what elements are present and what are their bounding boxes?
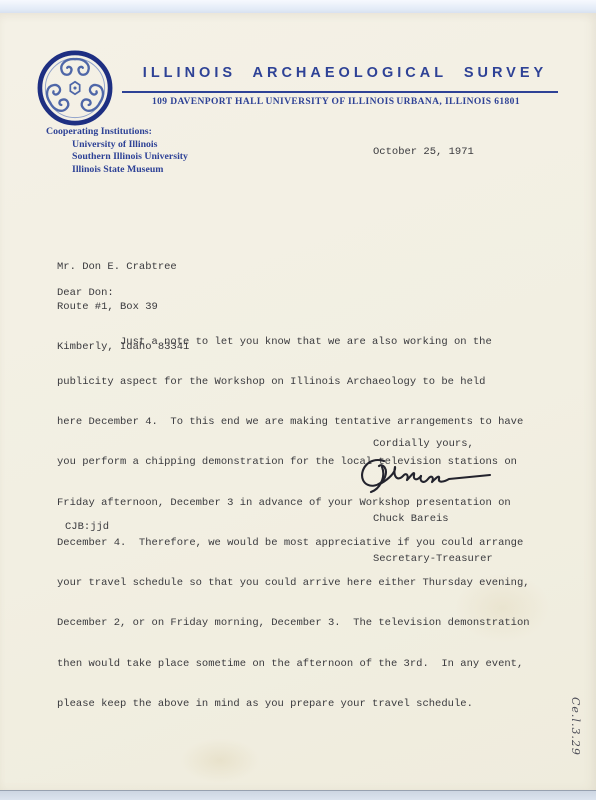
- archival-annotation: Ce.l.3.29: [569, 697, 582, 756]
- cooperating-institution: University of Illinois: [72, 139, 188, 152]
- cooperating-institution: Southern Illinois University: [72, 151, 188, 164]
- letter-paper: ILLINOIS ARCHAEOLOGICAL SURVEY 109 DAVEN…: [0, 13, 596, 790]
- letter-body-line: please keep the above in mind as you pre…: [57, 698, 530, 711]
- scan-bottom-edge: [0, 790, 596, 800]
- typist-reference: CJB:jjd: [65, 521, 109, 534]
- salutation: Dear Don:: [57, 287, 114, 300]
- closing-phrase: Cordially yours,: [373, 438, 474, 451]
- letterhead-address-row: 109 DAVENPORT HALL UNIVERSITY OF ILLINOI…: [152, 97, 520, 107]
- letter-body-line: publicity aspect for the Workshop on Ill…: [57, 376, 530, 389]
- signer-title: Secretary-Treasurer: [373, 553, 493, 566]
- cooperating-institution: Illinois State Museum: [72, 164, 188, 177]
- signature-block: Chuck Bareis Secretary-Treasurer: [373, 486, 493, 593]
- letter-body-line: Just a note to let you know that we are …: [57, 336, 530, 349]
- letterhead-title: ILLINOIS ARCHAEOLOGICAL SURVEY: [125, 65, 565, 81]
- letterhead-rule: [122, 91, 558, 93]
- scan-top-edge: [0, 0, 596, 14]
- letterhead-address-hall: 109 DAVENPORT HALL: [152, 97, 264, 107]
- letter-body-line: December 2, or on Friday morning, Decemb…: [57, 617, 530, 630]
- scanned-letter-page: ILLINOIS ARCHAEOLOGICAL SURVEY 109 DAVEN…: [0, 0, 596, 800]
- cooperating-institutions-label: Cooperating Institutions:: [46, 126, 188, 139]
- survey-seal-icon: [36, 49, 114, 127]
- letter-date: October 25, 1971: [373, 146, 474, 159]
- letterhead-address-university: UNIVERSITY OF ILLINOIS: [265, 97, 394, 107]
- recipient-name-line: Mr. Don E. Crabtree: [57, 261, 189, 274]
- signer-name: Chuck Bareis: [373, 513, 493, 526]
- letter-body-line: here December 4. To this end we are maki…: [57, 416, 530, 429]
- cooperating-institutions-block: Cooperating Institutions: University of …: [46, 126, 188, 176]
- paper-stain: [180, 738, 260, 783]
- letter-body-line: then would take place sometime on the af…: [57, 658, 530, 671]
- letterhead-address-city: URBANA, ILLINOIS 61801: [396, 97, 520, 107]
